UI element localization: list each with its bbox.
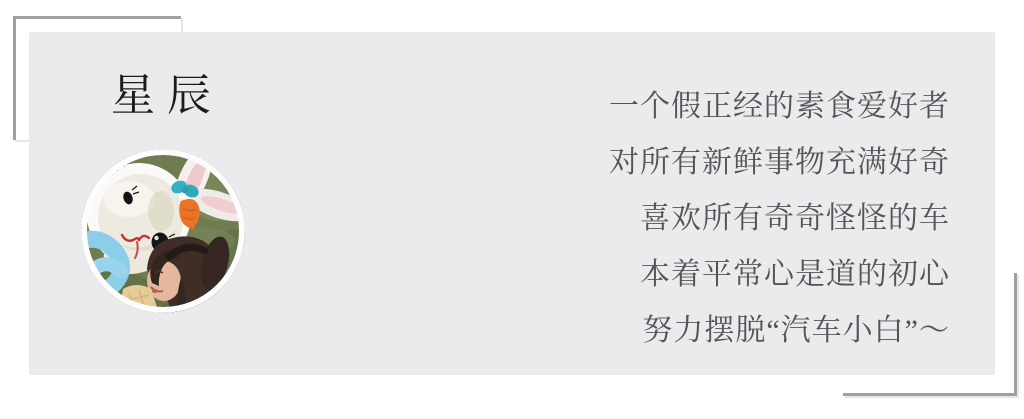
profile-name: 星辰 xyxy=(111,72,223,120)
bio-text-block: 一个假正经的素食爱好者 对所有新鲜事物充满好奇 喜欢所有奇奇怪怪的车 本着平常心… xyxy=(609,79,950,359)
bio-line: 喜欢所有奇奇怪怪的车 xyxy=(609,191,950,247)
profile-card: 星辰 xyxy=(29,32,995,375)
bio-line: 本着平常心是道的初心 xyxy=(609,247,950,303)
profile-intro-graphic: 星辰 xyxy=(0,0,1024,419)
avatar: HAPPY xyxy=(81,149,245,313)
avatar-photo: HAPPY xyxy=(81,149,245,313)
bio-line: 努力摆脱“汽车小白”～ xyxy=(609,303,950,359)
bio-line: 一个假正经的素食爱好者 xyxy=(609,79,950,135)
bio-line: 对所有新鲜事物充满好奇 xyxy=(609,135,950,191)
